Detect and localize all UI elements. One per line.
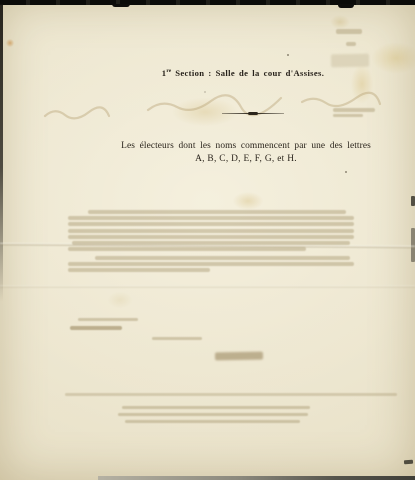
divider-rule <box>222 113 284 114</box>
bleedthrough-line <box>70 326 122 330</box>
notice-line-2: A, B, C, D, E, F, G, et H. <box>104 153 388 166</box>
electors-notice: Les électeurs dont les noms commencent p… <box>104 140 388 166</box>
scan-edge-notch <box>112 4 130 7</box>
bleedthrough-line <box>346 42 356 46</box>
section-ordinal-suffix: re <box>166 68 171 74</box>
scanned-document-page: 1re Section : Salle de la cour d'Assises… <box>0 0 415 480</box>
bleedthrough-line <box>68 216 354 220</box>
section-heading-text: Section : Salle de la cour d'Assises. <box>175 68 324 78</box>
bleedthrough-line <box>65 393 397 396</box>
scan-strip-bottom <box>98 476 415 480</box>
notice-line-1: Les électeurs dont les noms commencent p… <box>104 140 388 153</box>
bleedthrough-line <box>215 352 263 361</box>
section-heading: 1re Section : Salle de la cour d'Assises… <box>123 68 363 78</box>
bleedthrough-line <box>152 337 202 340</box>
bleedthrough-line <box>122 406 310 409</box>
scan-edge-left <box>0 4 3 302</box>
bleedthrough-line <box>72 241 350 245</box>
scan-edge-mark <box>404 460 413 465</box>
bleedthrough-line <box>68 222 354 226</box>
scan-edge-notch <box>338 4 354 8</box>
bleedthrough-line <box>68 235 354 239</box>
bleedthrough-line <box>68 247 306 251</box>
bleedthrough-line <box>68 262 354 266</box>
paper-speck <box>345 171 347 173</box>
handwriting-bleedthrough <box>30 88 390 130</box>
bleedthrough-line <box>331 54 369 68</box>
fold-crease <box>0 285 415 288</box>
bleedthrough-line <box>68 268 210 272</box>
bleedthrough-line <box>95 256 350 260</box>
bleedthrough-line <box>118 413 308 416</box>
bleedthrough-line <box>78 318 138 321</box>
bleedthrough-line <box>88 210 346 214</box>
bleedthrough-line <box>68 229 354 233</box>
bleedthrough-line <box>125 420 300 423</box>
paper-speck <box>287 54 289 56</box>
bleedthrough-line <box>336 29 362 34</box>
scan-edge-mark <box>411 196 415 206</box>
